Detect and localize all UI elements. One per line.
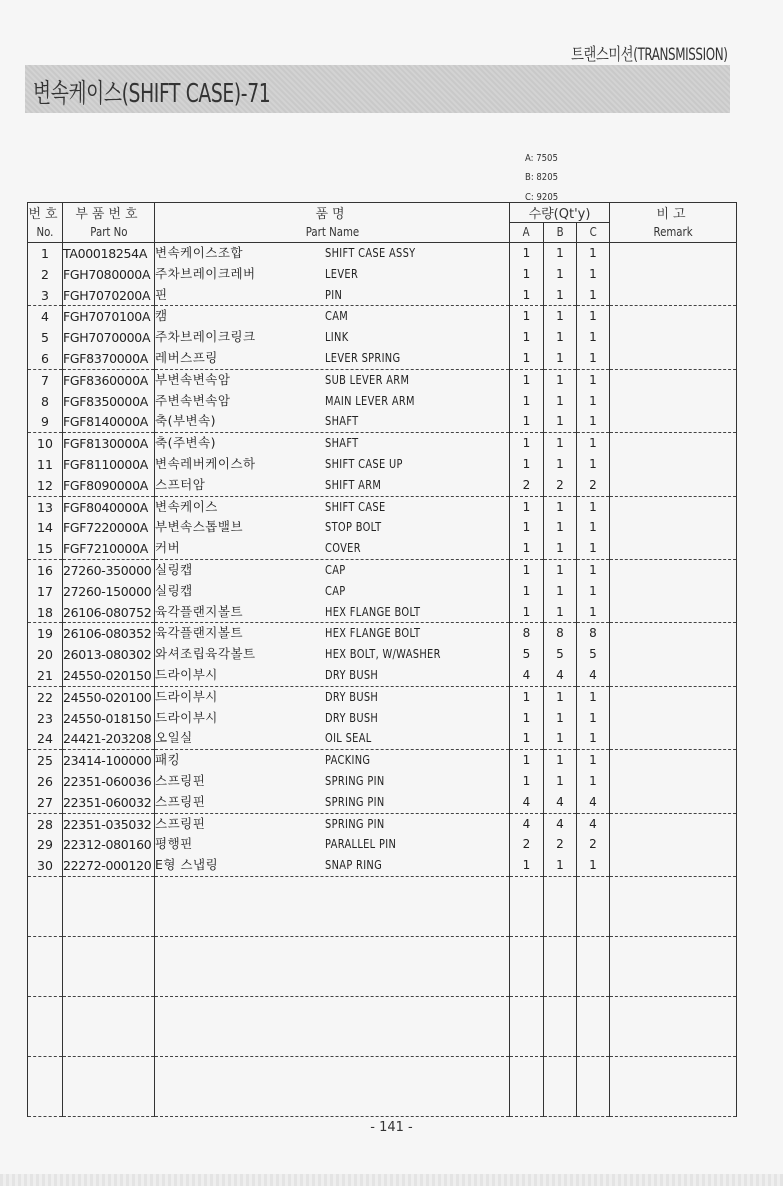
part-number: 22351-060032 xyxy=(63,792,155,813)
part-name-en: SHIFT CASE xyxy=(325,498,386,518)
remark xyxy=(610,686,737,707)
part-name-ko: 스프링핀 xyxy=(155,792,325,812)
header-part-name-ko: 품명 xyxy=(155,203,510,223)
part-number: 26013-080302 xyxy=(63,644,155,665)
part-name-ko: 축(부변속) xyxy=(155,411,325,431)
qty-a: 1 xyxy=(510,454,544,475)
part-name: 실링캡CAP xyxy=(155,581,510,602)
qty-c: 1 xyxy=(577,411,610,432)
row-number: 10 xyxy=(28,433,63,454)
table-row: 2523414-100000패킹PACKING111 xyxy=(28,750,737,771)
qty-b: 1 xyxy=(544,285,577,306)
table-row: 1627260-350000실링캡CAP111 xyxy=(28,559,737,580)
qty-b: 2 xyxy=(544,475,577,496)
remark xyxy=(610,285,737,306)
part-name: 육각플랜지볼트HEX FLANGE BOLT xyxy=(155,602,510,623)
remark xyxy=(610,348,737,369)
remark xyxy=(610,391,737,412)
table-row: 1826106-080752육각플랜지볼트HEX FLANGE BOLT111 xyxy=(28,602,737,623)
part-name-ko: 육각플랜지볼트 xyxy=(155,623,325,643)
qty-b: 1 xyxy=(544,538,577,559)
part-name-ko: 실링캡 xyxy=(155,581,325,601)
part-number: FGF8040000A xyxy=(63,496,155,517)
remark xyxy=(610,264,737,285)
remark xyxy=(610,433,737,454)
qty-c: 1 xyxy=(577,708,610,729)
part-name-ko: 주변속변속암 xyxy=(155,391,325,411)
part-name-en: OIL SEAL xyxy=(325,729,372,749)
part-name-ko: 주차브레이크링크 xyxy=(155,327,325,347)
header-part-name-en: Part Name xyxy=(155,223,510,243)
qty-c: 4 xyxy=(577,792,610,813)
part-name: 부변속스톱밸브STOP BOLT xyxy=(155,517,510,538)
qty-a: 1 xyxy=(510,496,544,517)
remark xyxy=(610,475,737,496)
part-name: 변속레버케이스하SHIFT CASE UP xyxy=(155,454,510,475)
qty-b: 1 xyxy=(544,411,577,432)
part-name-ko: 부변속스톱밸브 xyxy=(155,517,325,537)
part-name-en: SUB LEVER ARM xyxy=(325,371,409,391)
qty-c: 8 xyxy=(577,623,610,644)
remark xyxy=(610,644,737,665)
title-banner: 변속케이스(SHIFT CASE)-71 xyxy=(25,65,730,113)
qty-b: 1 xyxy=(544,348,577,369)
part-name-ko: 레버스프링 xyxy=(155,348,325,368)
qty-b: 1 xyxy=(544,559,577,580)
parts-body: 1TA00018254A변속케이스조합SHIFT CASE ASSY1112FG… xyxy=(28,243,737,1117)
header-part-no-en: Part No xyxy=(63,223,155,243)
qty-a: 1 xyxy=(510,728,544,749)
part-name-en: DRY BUSH xyxy=(325,688,378,708)
qty-c: 1 xyxy=(577,581,610,602)
qty-c: 2 xyxy=(577,475,610,496)
table-row: 2124550-020150드라이부시DRY BUSH444 xyxy=(28,665,737,686)
qty-b: 1 xyxy=(544,327,577,348)
qty-b: 1 xyxy=(544,369,577,390)
qty-b: 1 xyxy=(544,306,577,327)
table-row: 3FGH7070200A핀PIN111 xyxy=(28,285,737,306)
row-number: 4 xyxy=(28,306,63,327)
row-number: 22 xyxy=(28,686,63,707)
row-number: 5 xyxy=(28,327,63,348)
table-row: 12FGF8090000A스프터암SHIFT ARM222 xyxy=(28,475,737,496)
part-name-ko: 드라이부시 xyxy=(155,665,325,685)
table-row: 2922312-080160평행핀PARALLEL PIN222 xyxy=(28,834,737,855)
remark xyxy=(610,834,737,855)
part-name: 드라이부시DRY BUSH xyxy=(155,686,510,707)
qty-b: 2 xyxy=(544,834,577,855)
qty-a: 1 xyxy=(510,517,544,538)
parts-table: 번호 부품번호 품명 수량(Qt'y) 비고 No. Part No Part … xyxy=(27,202,737,1117)
table-row: 1727260-150000실링캡CAP111 xyxy=(28,581,737,602)
table-row: 5FGH7070000A주차브레이크링크LINK111 xyxy=(28,327,737,348)
part-name-en: SHIFT CASE ASSY xyxy=(325,244,416,264)
row-number: 11 xyxy=(28,454,63,475)
table-row: 2622351-060036스프링핀SPRING PIN111 xyxy=(28,771,737,792)
qty-c: 1 xyxy=(577,369,610,390)
part-name: 변속케이스SHIFT CASE xyxy=(155,496,510,517)
remark xyxy=(610,559,737,580)
part-number: 24550-018150 xyxy=(63,708,155,729)
remark xyxy=(610,665,737,686)
qty-b: 8 xyxy=(544,623,577,644)
table-row: 2424421-203208오일실OIL SEAL111 xyxy=(28,728,737,749)
qty-b: 4 xyxy=(544,665,577,686)
qty-c: 1 xyxy=(577,306,610,327)
remark xyxy=(610,306,737,327)
row-number: 3 xyxy=(28,285,63,306)
row-number: 24 xyxy=(28,728,63,749)
qty-b: 1 xyxy=(544,264,577,285)
table-row: 15FGF7210000A커버COVER111 xyxy=(28,538,737,559)
qty-b: 4 xyxy=(544,813,577,834)
qty-a: 1 xyxy=(510,306,544,327)
row-number: 19 xyxy=(28,623,63,644)
empty-row-group xyxy=(28,936,737,996)
qty-b: 1 xyxy=(544,243,577,264)
row-number: 26 xyxy=(28,771,63,792)
qty-c: 1 xyxy=(577,496,610,517)
header-qty-c: C xyxy=(577,223,610,243)
part-number: 27260-150000 xyxy=(63,581,155,602)
part-number: FGH7070000A xyxy=(63,327,155,348)
part-name-ko: 패킹 xyxy=(155,750,325,770)
row-number: 21 xyxy=(28,665,63,686)
part-number: FGF7220000A xyxy=(63,517,155,538)
remark xyxy=(610,411,737,432)
part-name: 주차브레이크링크LINK xyxy=(155,327,510,348)
qty-a: 1 xyxy=(510,327,544,348)
part-name-en: HEX FLANGE BOLT xyxy=(325,603,420,623)
part-name: 스프링핀SPRING PIN xyxy=(155,792,510,813)
remark xyxy=(610,327,737,348)
qty-a: 1 xyxy=(510,243,544,264)
part-number: FGF7210000A xyxy=(63,538,155,559)
part-number: FGF8130000A xyxy=(63,433,155,454)
part-number: 22312-080160 xyxy=(63,834,155,855)
part-name-ko: 커버 xyxy=(155,538,325,558)
qty-c: 1 xyxy=(577,855,610,876)
qty-b: 1 xyxy=(544,391,577,412)
part-name-ko: 핀 xyxy=(155,285,325,305)
part-name: 캠CAM xyxy=(155,306,510,327)
page-title: 변속케이스(SHIFT CASE)-71 xyxy=(33,73,270,110)
part-name-ko: 스프터암 xyxy=(155,475,325,495)
part-name-en: PIN xyxy=(325,286,342,306)
part-name: 와셔조립육각볼트HEX BOLT, W/WASHER xyxy=(155,644,510,665)
qty-a: 1 xyxy=(510,581,544,602)
part-name-en: PACKING xyxy=(325,751,370,771)
qty-a: 1 xyxy=(510,433,544,454)
qty-b: 1 xyxy=(544,581,577,602)
qty-a: 1 xyxy=(510,771,544,792)
row-number: 6 xyxy=(28,348,63,369)
qty-b: 1 xyxy=(544,855,577,876)
header-qty: 수량(Qt'y) xyxy=(510,203,610,223)
qty-b: 1 xyxy=(544,496,577,517)
part-name: 드라이부시DRY BUSH xyxy=(155,708,510,729)
qty-a: 1 xyxy=(510,750,544,771)
part-number: 26106-080752 xyxy=(63,602,155,623)
empty-row-group xyxy=(28,1056,737,1116)
remark xyxy=(610,517,737,538)
qty-b: 1 xyxy=(544,454,577,475)
qty-b: 1 xyxy=(544,602,577,623)
qty-c: 1 xyxy=(577,517,610,538)
part-name: 축(주변속)SHAFT xyxy=(155,433,510,454)
part-name-en: LINK xyxy=(325,328,349,348)
row-number: 14 xyxy=(28,517,63,538)
row-number: 8 xyxy=(28,391,63,412)
table-row: 6FGF8370000A레버스프링LEVER SPRING111 xyxy=(28,348,737,369)
part-name-en: SPRING PIN xyxy=(325,772,385,792)
part-number: FGH7070200A xyxy=(63,285,155,306)
part-name-ko: 축(주변속) xyxy=(155,433,325,453)
remark xyxy=(610,602,737,623)
part-number: 27260-350000 xyxy=(63,559,155,580)
qty-a: 1 xyxy=(510,369,544,390)
model-legend: A: 7505 B: 8205 C: 9205 xyxy=(525,149,558,207)
remark xyxy=(610,750,737,771)
part-name-ko: 스프링핀 xyxy=(155,771,325,791)
part-name-en: DRY BUSH xyxy=(325,666,378,686)
part-name: 주변속변속암MAIN LEVER ARM xyxy=(155,391,510,412)
part-name-ko: 와셔조립육각볼트 xyxy=(155,644,325,664)
row-number: 13 xyxy=(28,496,63,517)
part-name: 핀PIN xyxy=(155,285,510,306)
part-name: 실링캡CAP xyxy=(155,559,510,580)
row-number: 1 xyxy=(28,243,63,264)
remark xyxy=(610,538,737,559)
header-part-no-ko: 부품번호 xyxy=(63,203,155,223)
part-name: 축(부변속)SHAFT xyxy=(155,411,510,432)
table-row: 2026013-080302와셔조립육각볼트HEX BOLT, W/WASHER… xyxy=(28,644,737,665)
empty-row-group xyxy=(28,876,737,936)
table-row: 3022272-000120E형 스냅링SNAP RING111 xyxy=(28,855,737,876)
qty-a: 4 xyxy=(510,665,544,686)
part-name-en: SHAFT xyxy=(325,412,359,432)
part-number: FGH7070100A xyxy=(63,306,155,327)
remark xyxy=(610,813,737,834)
qty-c: 1 xyxy=(577,771,610,792)
scan-edge xyxy=(0,1174,783,1186)
part-number: 24550-020100 xyxy=(63,686,155,707)
part-name-en: SHIFT CASE UP xyxy=(325,455,403,475)
part-name-en: CAP xyxy=(325,561,346,581)
row-number: 23 xyxy=(28,708,63,729)
qty-b: 1 xyxy=(544,517,577,538)
part-number: FGH7080000A xyxy=(63,264,155,285)
table-row: 11FGF8110000A변속레버케이스하SHIFT CASE UP111 xyxy=(28,454,737,475)
qty-a: 2 xyxy=(510,834,544,855)
part-name-ko: 육각플랜지볼트 xyxy=(155,602,325,622)
remark xyxy=(610,623,737,644)
table-row: 2224550-020100드라이부시DRY BUSH111 xyxy=(28,686,737,707)
qty-a: 1 xyxy=(510,559,544,580)
part-name-en: COVER xyxy=(325,539,361,559)
row-number: 9 xyxy=(28,411,63,432)
part-number: 24550-020150 xyxy=(63,665,155,686)
qty-a: 1 xyxy=(510,855,544,876)
remark xyxy=(610,581,737,602)
part-name-en: SNAP RING xyxy=(325,856,382,876)
qty-c: 1 xyxy=(577,391,610,412)
qty-b: 1 xyxy=(544,708,577,729)
part-name: 드라이부시DRY BUSH xyxy=(155,665,510,686)
remark xyxy=(610,728,737,749)
row-number: 2 xyxy=(28,264,63,285)
qty-c: 1 xyxy=(577,348,610,369)
part-number: FGF8360000A xyxy=(63,369,155,390)
part-name-en: HEX FLANGE BOLT xyxy=(325,624,420,644)
remark xyxy=(610,243,737,264)
qty-a: 1 xyxy=(510,602,544,623)
row-number: 15 xyxy=(28,538,63,559)
qty-c: 1 xyxy=(577,559,610,580)
remark xyxy=(610,496,737,517)
row-number: 28 xyxy=(28,813,63,834)
part-name: 커버COVER xyxy=(155,538,510,559)
part-name-en: STOP BOLT xyxy=(325,518,381,538)
qty-a: 4 xyxy=(510,813,544,834)
table-row: 10FGF8130000A축(주변속)SHAFT111 xyxy=(28,433,737,454)
qty-c: 1 xyxy=(577,538,610,559)
remark xyxy=(610,771,737,792)
qty-c: 1 xyxy=(577,686,610,707)
part-name-en: PARALLEL PIN xyxy=(325,835,396,855)
part-name: 스프링핀SPRING PIN xyxy=(155,771,510,792)
row-number: 12 xyxy=(28,475,63,496)
qty-b: 4 xyxy=(544,792,577,813)
qty-a: 2 xyxy=(510,475,544,496)
part-name: 부변속변속암SUB LEVER ARM xyxy=(155,369,510,390)
table-row: 1926106-080352육각플랜지볼트HEX FLANGE BOLT888 xyxy=(28,623,737,644)
qty-c: 4 xyxy=(577,813,610,834)
part-name-ko: 주차브레이크레버 xyxy=(155,264,325,284)
table-row: 9FGF8140000A축(부변속)SHAFT111 xyxy=(28,411,737,432)
part-name-ko: 드라이부시 xyxy=(155,708,325,728)
remark xyxy=(610,792,737,813)
header-qty-b: B xyxy=(544,223,577,243)
part-name-ko: E형 스냅링 xyxy=(155,855,325,875)
part-number: TA00018254A xyxy=(63,243,155,264)
qty-b: 1 xyxy=(544,750,577,771)
part-name-ko: 평행핀 xyxy=(155,834,325,854)
qty-c: 1 xyxy=(577,243,610,264)
remark xyxy=(610,369,737,390)
qty-c: 4 xyxy=(577,665,610,686)
part-name-en: CAM xyxy=(325,307,348,327)
page-number: - 141 - xyxy=(0,1120,783,1135)
part-number: FGF8110000A xyxy=(63,454,155,475)
part-name-en: LEVER SPRING xyxy=(325,349,400,369)
table-row: 2324550-018150드라이부시DRY BUSH111 xyxy=(28,708,737,729)
qty-c: 1 xyxy=(577,433,610,454)
qty-c: 1 xyxy=(577,454,610,475)
part-name-en: LEVER xyxy=(325,265,358,285)
header-no-ko: 번호 xyxy=(28,203,63,223)
part-name-en: CAP xyxy=(325,582,346,602)
part-name-ko: 드라이부시 xyxy=(155,687,325,707)
part-number: 24421-203208 xyxy=(63,728,155,749)
remark xyxy=(610,855,737,876)
row-number: 17 xyxy=(28,581,63,602)
qty-a: 1 xyxy=(510,348,544,369)
qty-a: 1 xyxy=(510,708,544,729)
part-name: 스프터암SHIFT ARM xyxy=(155,475,510,496)
empty-row-group xyxy=(28,996,737,1056)
part-number: FGF8090000A xyxy=(63,475,155,496)
part-name: 변속케이스조합SHIFT CASE ASSY xyxy=(155,243,510,264)
qty-c: 1 xyxy=(577,285,610,306)
part-number: 22351-060036 xyxy=(63,771,155,792)
row-number: 18 xyxy=(28,602,63,623)
part-number: 26106-080352 xyxy=(63,623,155,644)
qty-c: 5 xyxy=(577,644,610,665)
part-number: FGF8350000A xyxy=(63,391,155,412)
part-name-ko: 캠 xyxy=(155,306,325,326)
qty-a: 1 xyxy=(510,264,544,285)
row-number: 7 xyxy=(28,369,63,390)
part-number: 22351-035032 xyxy=(63,813,155,834)
table-row: 2FGH7080000A주차브레이크레버LEVER111 xyxy=(28,264,737,285)
qty-b: 1 xyxy=(544,771,577,792)
table-row: 8FGF8350000A주변속변속암MAIN LEVER ARM111 xyxy=(28,391,737,412)
remark xyxy=(610,454,737,475)
qty-a: 1 xyxy=(510,686,544,707)
part-name-en: MAIN LEVER ARM xyxy=(325,392,415,412)
qty-c: 1 xyxy=(577,264,610,285)
part-name-en: SPRING PIN xyxy=(325,815,385,835)
part-name-en: SHIFT ARM xyxy=(325,476,381,496)
row-number: 29 xyxy=(28,834,63,855)
row-number: 30 xyxy=(28,855,63,876)
model-a: A: 7505 xyxy=(525,149,558,168)
table-row: 13FGF8040000A변속케이스SHIFT CASE111 xyxy=(28,496,737,517)
row-number: 16 xyxy=(28,559,63,580)
part-number: 23414-100000 xyxy=(63,750,155,771)
table-row: 2722351-060032스프링핀SPRING PIN444 xyxy=(28,792,737,813)
header-qty-a: A xyxy=(510,223,544,243)
part-name: 스프링핀SPRING PIN xyxy=(155,813,510,834)
part-name-ko: 변속케이스 xyxy=(155,497,325,517)
table-row: 2822351-035032스프링핀SPRING PIN444 xyxy=(28,813,737,834)
part-number: FGF8370000A xyxy=(63,348,155,369)
qty-a: 4 xyxy=(510,792,544,813)
header-no-en: No. xyxy=(28,223,63,243)
qty-b: 1 xyxy=(544,728,577,749)
qty-a: 8 xyxy=(510,623,544,644)
qty-b: 1 xyxy=(544,686,577,707)
part-name-ko: 부변속변속암 xyxy=(155,370,325,390)
part-name: 패킹PACKING xyxy=(155,750,510,771)
row-number: 20 xyxy=(28,644,63,665)
part-name: 육각플랜지볼트HEX FLANGE BOLT xyxy=(155,623,510,644)
qty-a: 1 xyxy=(510,538,544,559)
part-name-en: HEX BOLT, W/WASHER xyxy=(325,645,441,665)
table-row: 4FGH7070100A캠CAM111 xyxy=(28,306,737,327)
header-remark-en: Remark xyxy=(610,223,737,243)
part-name-ko: 실링캡 xyxy=(155,560,325,580)
qty-a: 1 xyxy=(510,411,544,432)
table-row: 1TA00018254A변속케이스조합SHIFT CASE ASSY111 xyxy=(28,243,737,264)
part-name-en: SPRING PIN xyxy=(325,793,385,813)
qty-c: 1 xyxy=(577,750,610,771)
part-name: 레버스프링LEVER SPRING xyxy=(155,348,510,369)
part-name-ko: 스프링핀 xyxy=(155,814,325,834)
section-title: 트랜스미션(TRANSMISSION) xyxy=(572,40,728,65)
table-row: 7FGF8360000A부변속변속암SUB LEVER ARM111 xyxy=(28,369,737,390)
